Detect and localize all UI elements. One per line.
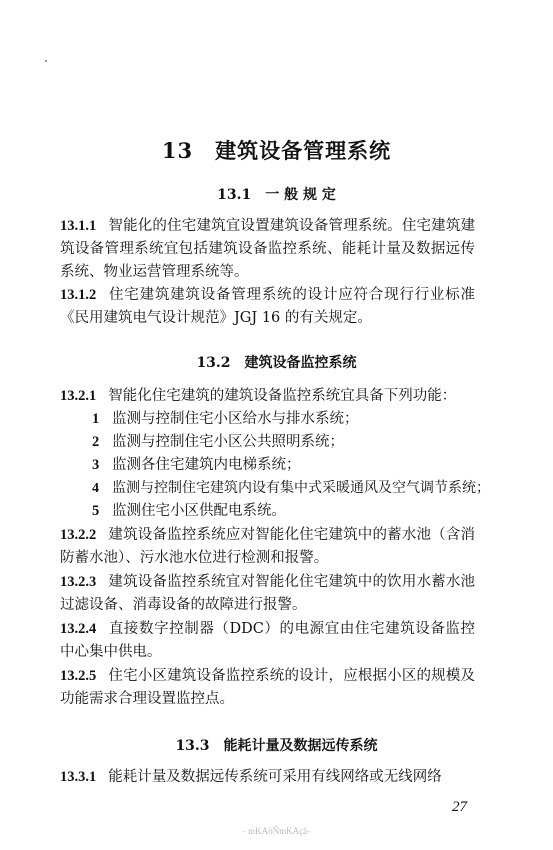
section-13-3-heading: 13.3能耗计量及数据远传系统 xyxy=(0,735,553,755)
clause-13-2-4: 13.2.4直接数字控制器（DDC）的电源宜由住宅建筑设备监控中心集中供电。 xyxy=(60,618,475,664)
clause-text: 智能化住宅建筑的建筑设备监控系统宜具备下列功能： xyxy=(108,388,456,404)
list-item: 3监测各住宅建筑内电梯系统； xyxy=(92,454,301,477)
clause-text: 住宅建筑建筑设备管理系统的设计应符合现行行业标准《民用建筑电气设计规范》JGJ … xyxy=(60,287,475,326)
item-text: 监测与控制住宅建筑内设有集中式采暖通风及空气调节系统； xyxy=(112,480,490,496)
item-number: 1 xyxy=(92,408,112,431)
item-text: 监测与控制住宅小区公共照明系统； xyxy=(112,434,344,450)
section-13-2-heading: 13.2建筑设备监控系统 xyxy=(0,352,553,372)
chapter-number: 13 xyxy=(162,138,193,163)
clause-text: 住宅小区建筑设备监控系统的设计，应根据小区的规模及功能需求合理设置监控点。 xyxy=(60,668,475,707)
clause-13-1-2: 13.1.2住宅建筑建筑设备管理系统的设计应符合现行行业标准《民用建筑电气设计规… xyxy=(60,284,475,330)
clause-number: 13.2.5 xyxy=(60,668,96,684)
chapter-name: 建筑设备管理系统 xyxy=(215,138,391,163)
section-name: 一 般 规 定 xyxy=(265,187,336,203)
clause-text: 建筑设备监控系统宜对智能化住宅建筑中的饮用水蓄水池过滤设备、消毒设备的故障进行报… xyxy=(60,574,475,613)
item-number: 2 xyxy=(92,431,112,454)
clause-13-1-1: 13.1.1智能化的住宅建筑宜设置建筑设备管理系统。住宅建筑建筑设备管理系统宜包… xyxy=(60,215,475,284)
list-item: 2监测与控制住宅小区公共照明系统； xyxy=(92,431,344,454)
clause-number: 13.2.3 xyxy=(60,574,96,590)
footer-watermark: - mKAöÑmKAçã- xyxy=(0,826,553,836)
clause-text: 建筑设备监控系统应对智能化住宅建筑中的蓄水池（含消防蓄水池）、污水池水位进行检测… xyxy=(60,527,475,566)
clause-text: 能耗计量及数据远传系统可采用有线网络或无线网络 xyxy=(108,769,442,785)
list-item: 1监测与控制住宅小区给水与排水系统； xyxy=(92,408,359,431)
clause-number: 13.3.1 xyxy=(60,769,96,785)
clause-text: 直接数字控制器（DDC）的电源宜由住宅建筑设备监控中心集中供电。 xyxy=(60,621,475,660)
section-number: 13.3 xyxy=(175,738,209,754)
chapter-title: 13建筑设备管理系统 xyxy=(0,135,553,165)
item-text: 监测各住宅建筑内电梯系统； xyxy=(112,457,301,473)
section-name: 能耗计量及数据远传系统 xyxy=(224,738,378,754)
clause-13-2-1: 13.2.1智能化住宅建筑的建筑设备监控系统宜具备下列功能： xyxy=(60,385,475,408)
item-number: 4 xyxy=(92,477,112,500)
list-item: 4监测与控制住宅建筑内设有集中式采暖通风及空气调节系统； xyxy=(92,477,490,500)
clause-text: 智能化的住宅建筑宜设置建筑设备管理系统。住宅建筑建筑设备管理系统宜包括建筑设备监… xyxy=(60,218,475,280)
page-number: 27 xyxy=(452,799,467,816)
clause-number: 13.2.2 xyxy=(60,527,96,543)
section-number: 13.1 xyxy=(217,187,251,203)
clause-number: 13.2.4 xyxy=(60,621,96,637)
scan-speck xyxy=(45,60,47,62)
clause-13-2-2: 13.2.2建筑设备监控系统应对智能化住宅建筑中的蓄水池（含消防蓄水池）、污水池… xyxy=(60,524,475,570)
section-name: 建筑设备监控系统 xyxy=(245,355,357,371)
item-text: 监测住宅小区供配电系统。 xyxy=(112,503,286,519)
clause-number: 13.1.1 xyxy=(60,218,96,234)
list-item: 5监测住宅小区供配电系统。 xyxy=(92,500,286,523)
clause-13-2-5: 13.2.5住宅小区建筑设备监控系统的设计，应根据小区的规模及功能需求合理设置监… xyxy=(60,665,475,711)
section-number: 13.2 xyxy=(196,355,230,371)
clause-13-2-3: 13.2.3建筑设备监控系统宜对智能化住宅建筑中的饮用水蓄水池过滤设备、消毒设备… xyxy=(60,571,475,617)
clause-number: 13.2.1 xyxy=(60,388,96,404)
clause-13-3-1: 13.3.1能耗计量及数据远传系统可采用有线网络或无线网络 xyxy=(60,766,475,789)
item-number: 3 xyxy=(92,454,112,477)
item-number: 5 xyxy=(92,500,112,523)
section-13-1-heading: 13.1一 般 规 定 xyxy=(0,184,553,204)
item-text: 监测与控制住宅小区给水与排水系统； xyxy=(112,411,359,427)
clause-number: 13.1.2 xyxy=(60,287,96,303)
